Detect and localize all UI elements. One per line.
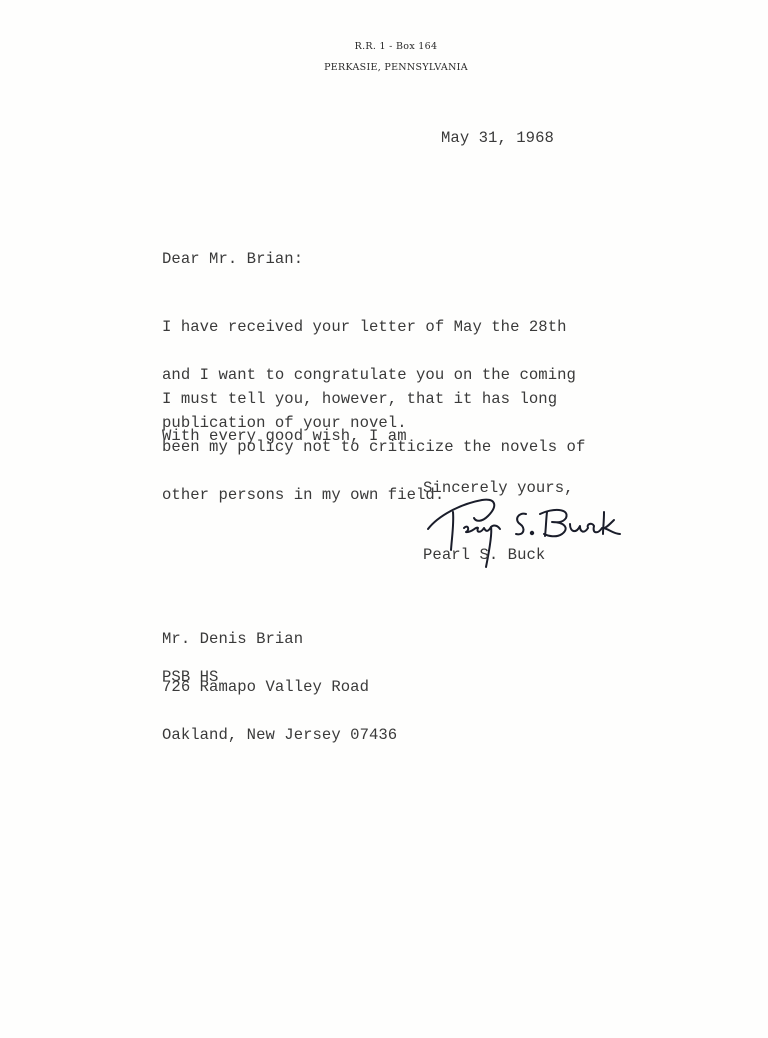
letterhead-city-line: PERKASIE, PENNSYLVANIA (12, 62, 768, 73)
paragraph-line: I have received your letter of May the 2… (162, 319, 576, 335)
letter-page: R.R. 1 - Box 164 PERKASIE, PENNSYLVANIA … (0, 0, 768, 1038)
handwritten-signature (420, 472, 650, 582)
recipient-address: Mr. Denis Brian 726 Ramapo Valley Road O… (162, 599, 397, 775)
letterhead-address-line: R.R. 1 - Box 164 (12, 41, 768, 52)
paragraph-line: I must tell you, however, that it has lo… (162, 391, 585, 407)
reference-initials: PSB HS (162, 669, 218, 685)
address-line: Oakland, New Jersey 07436 (162, 727, 397, 743)
typed-signer-name: Pearl S. Buck (423, 547, 545, 563)
address-line: Mr. Denis Brian (162, 631, 397, 647)
letter-date: May 31, 1968 (441, 130, 554, 146)
salutation: Dear Mr. Brian: (162, 251, 303, 267)
closing-wish: With every good wish, I am (162, 428, 407, 444)
